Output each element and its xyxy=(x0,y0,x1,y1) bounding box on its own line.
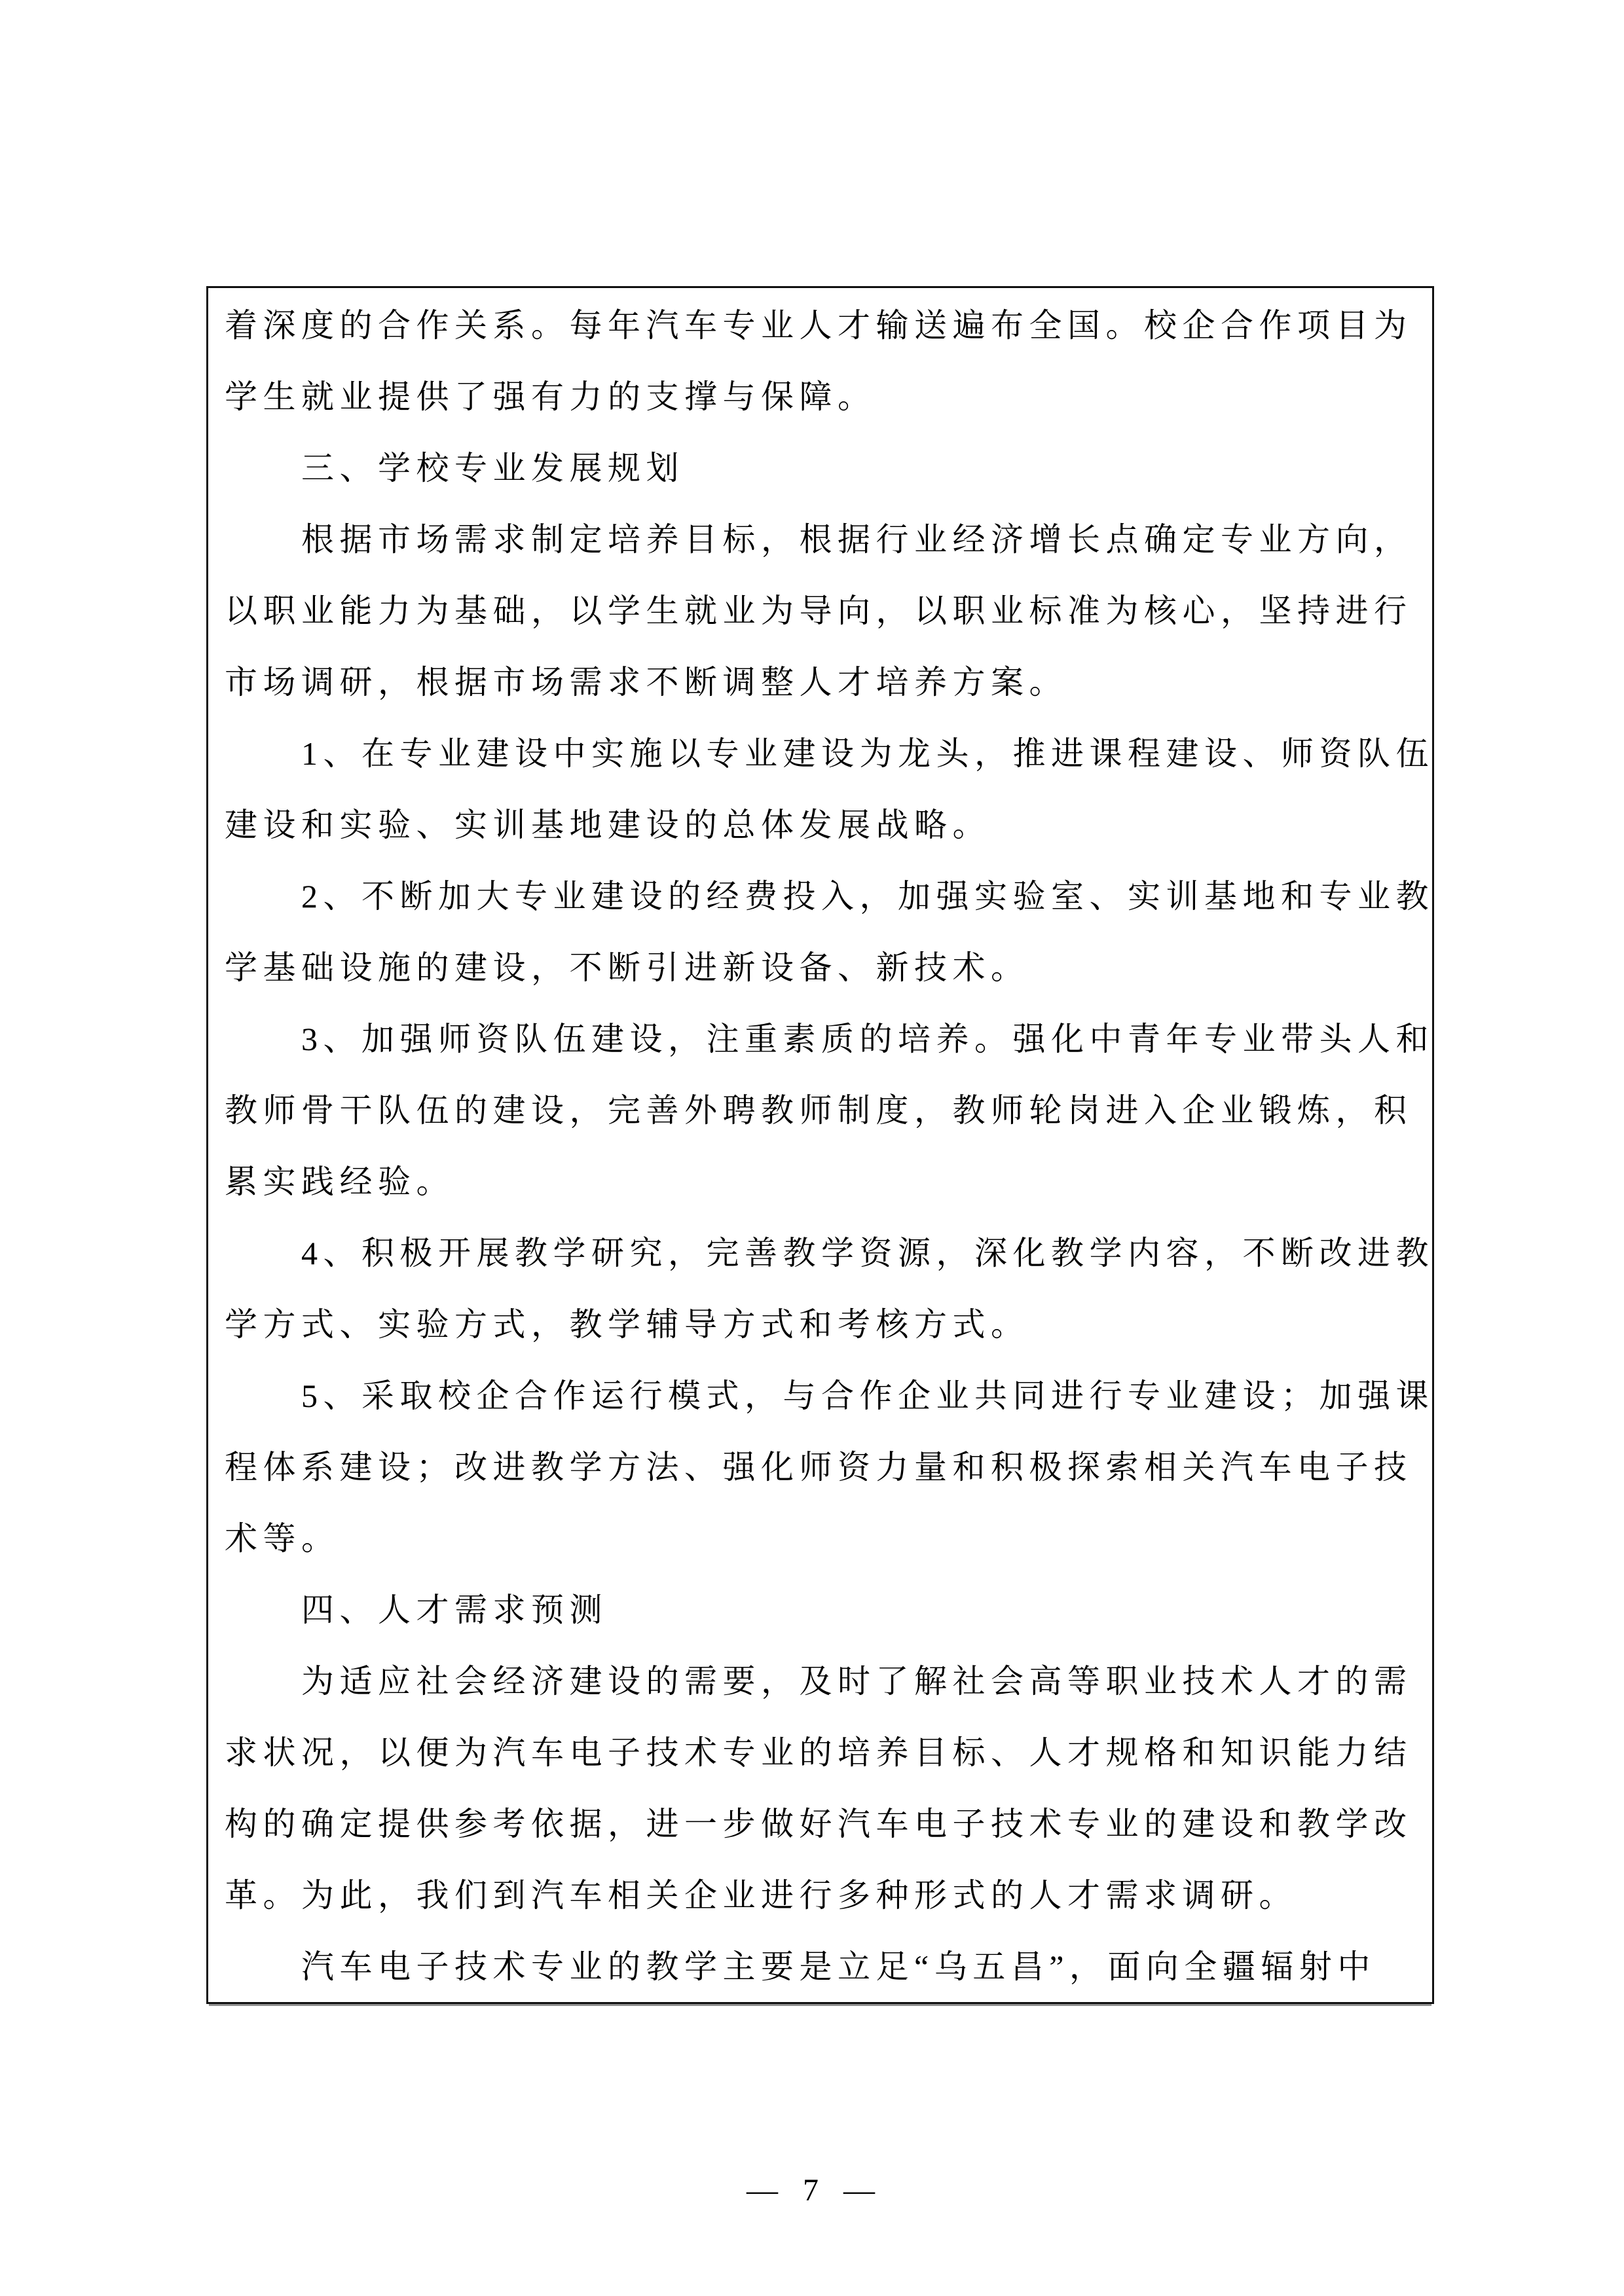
text-line: 学基础设施的建设，不断引进新设备、新技术。 xyxy=(225,932,1415,1004)
text-line: 市场调研，根据市场需求不断调整人才培养方案。 xyxy=(225,647,1415,718)
text-line: 构的确定提供参考依据，进一步做好汽车电子技术专业的建设和教学改 xyxy=(225,1789,1415,1860)
text-line: 程体系建设；改进教学方法、强化师资力量和积极探索相关汽车电子技 xyxy=(225,1432,1415,1503)
text-line: 根据市场需求制定培养目标，根据行业经济增长点确定专业方向， xyxy=(225,504,1415,575)
text-line: 3、加强师资队伍建设，注重素质的培养。强化中青年专业带头人和 xyxy=(225,1004,1415,1075)
text-line: 1、在专业建设中实施以专业建设为龙头，推进课程建设、师资队伍 xyxy=(225,718,1415,790)
text-line: 求状况，以便为汽车电子技术专业的培养目标、人才规格和知识能力结 xyxy=(225,1717,1415,1789)
text-line: 三、学校专业发展规划 xyxy=(225,433,1415,504)
text-line: 四、人才需求预测 xyxy=(225,1575,1415,1646)
text-line: 4、积极开展教学研究，完善教学资源，深化教学内容，不断改进教 xyxy=(225,1218,1415,1289)
text-line: 累实践经验。 xyxy=(225,1146,1415,1218)
text-line: 学方式、实验方式，教学辅导方式和考核方式。 xyxy=(225,1289,1415,1360)
text-line: 着深度的合作关系。每年汽车专业人才输送遍布全国。校企合作项目为 xyxy=(225,290,1415,361)
text-line: 为适应社会经济建设的需要，及时了解社会高等职业技术人才的需 xyxy=(225,1646,1415,1717)
text-line: 革。为此，我们到汽车相关企业进行多种形式的人才需求调研。 xyxy=(225,1860,1415,1931)
document-border-box: 着深度的合作关系。每年汽车专业人才输送遍布全国。校企合作项目为学生就业提供了强有… xyxy=(206,286,1434,2004)
text-line: 建设和实验、实训基地建设的总体发展战略。 xyxy=(225,790,1415,861)
text-line: 2、不断加大专业建设的经费投入，加强实验室、实训基地和专业教 xyxy=(225,861,1415,932)
text-line: 术等。 xyxy=(225,1503,1415,1575)
document-body: 着深度的合作关系。每年汽车专业人才输送遍布全国。校企合作项目为学生就业提供了强有… xyxy=(225,290,1415,2003)
text-line: 学生就业提供了强有力的支撑与保障。 xyxy=(225,361,1415,433)
text-line: 5、采取校企合作运行模式，与合作企业共同进行专业建设；加强课 xyxy=(225,1360,1415,1432)
text-line: 以职业能力为基础，以学生就业为导向，以职业标准为核心，坚持进行 xyxy=(225,575,1415,647)
page: { "document": { "lines": [ { "text": "着深… xyxy=(0,0,1624,2296)
page-number: — 7 — xyxy=(0,2174,1624,2208)
text-line: 教师骨干队伍的建设，完善外聘教师制度，教师轮岗进入企业锻炼，积 xyxy=(225,1075,1415,1146)
text-line: 汽车电子技术专业的教学主要是立足“乌五昌”，面向全疆辐射中 xyxy=(225,1931,1415,2003)
